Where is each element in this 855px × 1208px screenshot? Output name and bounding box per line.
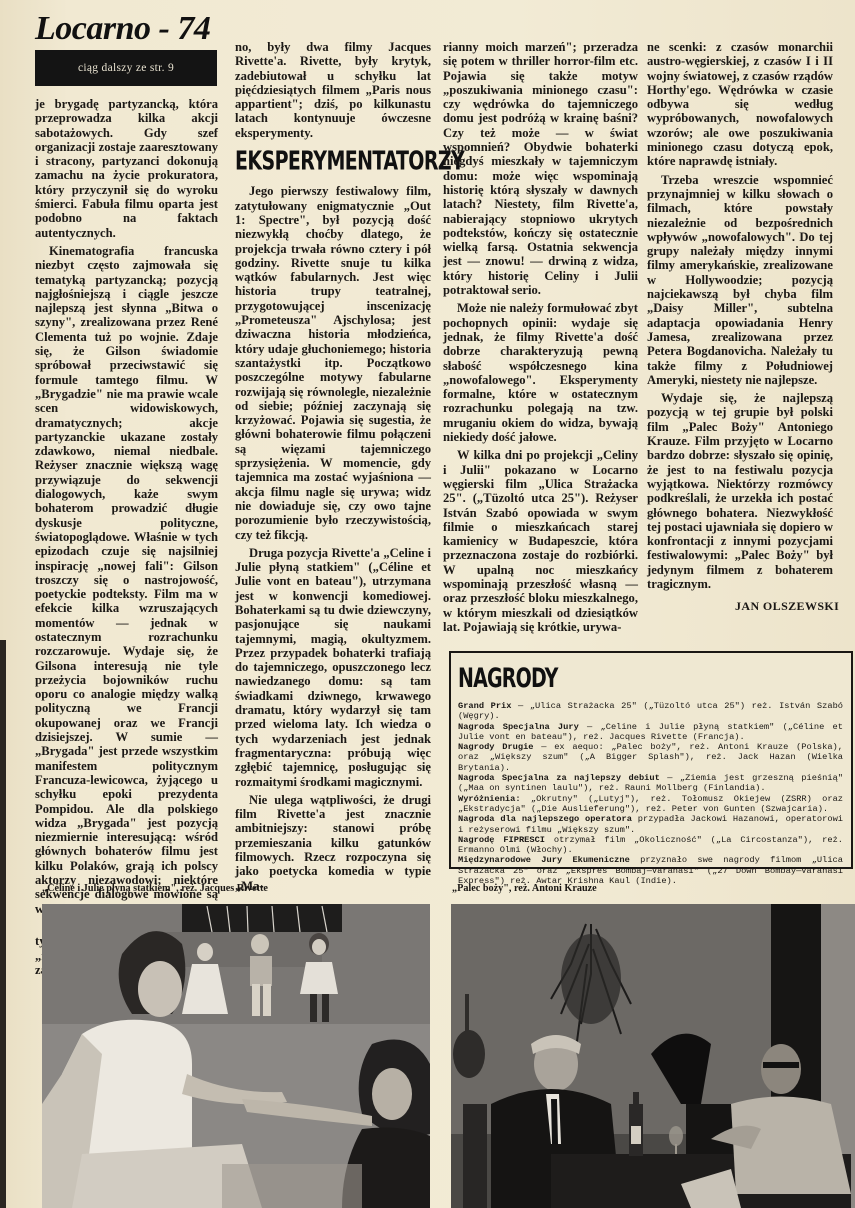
- photo-caption-palec-bozy: „Palec boży", reż. Antoni Krauze: [452, 883, 597, 894]
- article-column-1: je brygadę partyzancką, która przeprowad…: [35, 97, 218, 981]
- article-column-4: ne scenki: z czasów monarchii austro-węg…: [647, 40, 833, 595]
- paragraph: rianny moich marzeń"; przeradza się pote…: [443, 40, 638, 297]
- award-item: Nagroda Specjalna za najlepszy debiut — …: [458, 773, 843, 794]
- award-item: Grand Prix — „Ulica Strażacka 25" („Tüzo…: [458, 701, 843, 722]
- continued-from-text: ciąg dalszy ze str. 9: [78, 62, 174, 74]
- paragraph: Nie ulega wątpliwości, że drugi film Riv…: [235, 793, 431, 893]
- film-still-illustration: [451, 904, 855, 1208]
- awards-heading: NAGRODY: [458, 663, 843, 694]
- award-item: Wyróżnienia: „Okrutny" („Lutyj"), reż. T…: [458, 794, 843, 815]
- photo-palec-bozy: [451, 904, 855, 1208]
- award-label: Nagroda dla najlepszego operatora: [458, 814, 632, 824]
- page-title: Locarno - 74: [35, 10, 210, 48]
- photo-celine-julie: [42, 904, 430, 1208]
- author-signature: JAN OLSZEWSKI: [735, 599, 839, 614]
- award-label: Nagroda Specjalna Jury: [458, 722, 579, 732]
- magazine-page: Locarno - 74 ciąg dalszy ze str. 9 je br…: [0, 0, 855, 1208]
- paragraph: W kilka dni po projekcji „Celiny i Julii…: [443, 448, 638, 634]
- paragraph: Trzeba wreszcie wspomnieć przynajmniej w…: [647, 173, 833, 387]
- paragraph: Może nie należy formułować zbyt pochopny…: [443, 301, 638, 444]
- paragraph: Wydaje się, że najlepszą pozycją w tej g…: [647, 391, 833, 591]
- award-label: Nagrodę FIPRESCI: [458, 835, 545, 845]
- award-label: Międzynarodowe Jury Ekumeniczne: [458, 855, 630, 865]
- paragraph: je brygadę partyzancką, która przeprowad…: [35, 97, 218, 240]
- award-item: Nagroda Specjalna Jury — „Celine i Julie…: [458, 722, 843, 743]
- awards-box: NAGRODY Grand Prix — „Ulica Strażacka 25…: [449, 651, 853, 869]
- paragraph: ne scenki: z czasów monarchii austro-węg…: [647, 40, 833, 169]
- award-text: — „Ulica Strażacka 25" („Tüzoltó utca 25…: [458, 701, 843, 721]
- page-edge-shadow: [0, 640, 6, 1208]
- section-heading: EKSPERYMENTATORZY: [235, 152, 431, 171]
- award-item: Nagrody Drugie — ex aequo: „Palec boży",…: [458, 742, 843, 773]
- continued-from-banner: ciąg dalszy ze str. 9: [35, 50, 217, 86]
- paragraph: Jego pierwszy festiwalowy film, zatytuło…: [235, 184, 431, 541]
- award-label: Nagrody Drugie: [458, 742, 534, 752]
- photo-caption-celine-julie: „Céline i Julie płyną statkiem", reż. Ja…: [42, 883, 268, 894]
- award-label: Nagroda Specjalna za najlepszy debiut: [458, 773, 660, 783]
- award-label: Wyróżnienia:: [458, 794, 521, 804]
- award-item: Międzynarodowe Jury Ekumeniczne przyznał…: [458, 855, 843, 886]
- article-column-3: rianny moich marzeń"; przeradza się pote…: [443, 40, 638, 638]
- article-column-2: no, były dwa filmy Jacques Rivette'a. Ri…: [235, 40, 431, 897]
- film-still-illustration: [42, 904, 430, 1208]
- award-item: Nagrodę FIPRESCI otrzymał film „Okoliczn…: [458, 835, 843, 856]
- award-item: Nagroda dla najlepszego operatora przypa…: [458, 814, 843, 835]
- paragraph: Kinematografia francuska niezbyt często …: [35, 244, 218, 916]
- paragraph: no, były dwa filmy Jacques Rivette'a. Ri…: [235, 40, 431, 140]
- paragraph: Druga pozycja Rivette'a „Celine i Julie …: [235, 546, 431, 789]
- award-label: Grand Prix: [458, 701, 511, 711]
